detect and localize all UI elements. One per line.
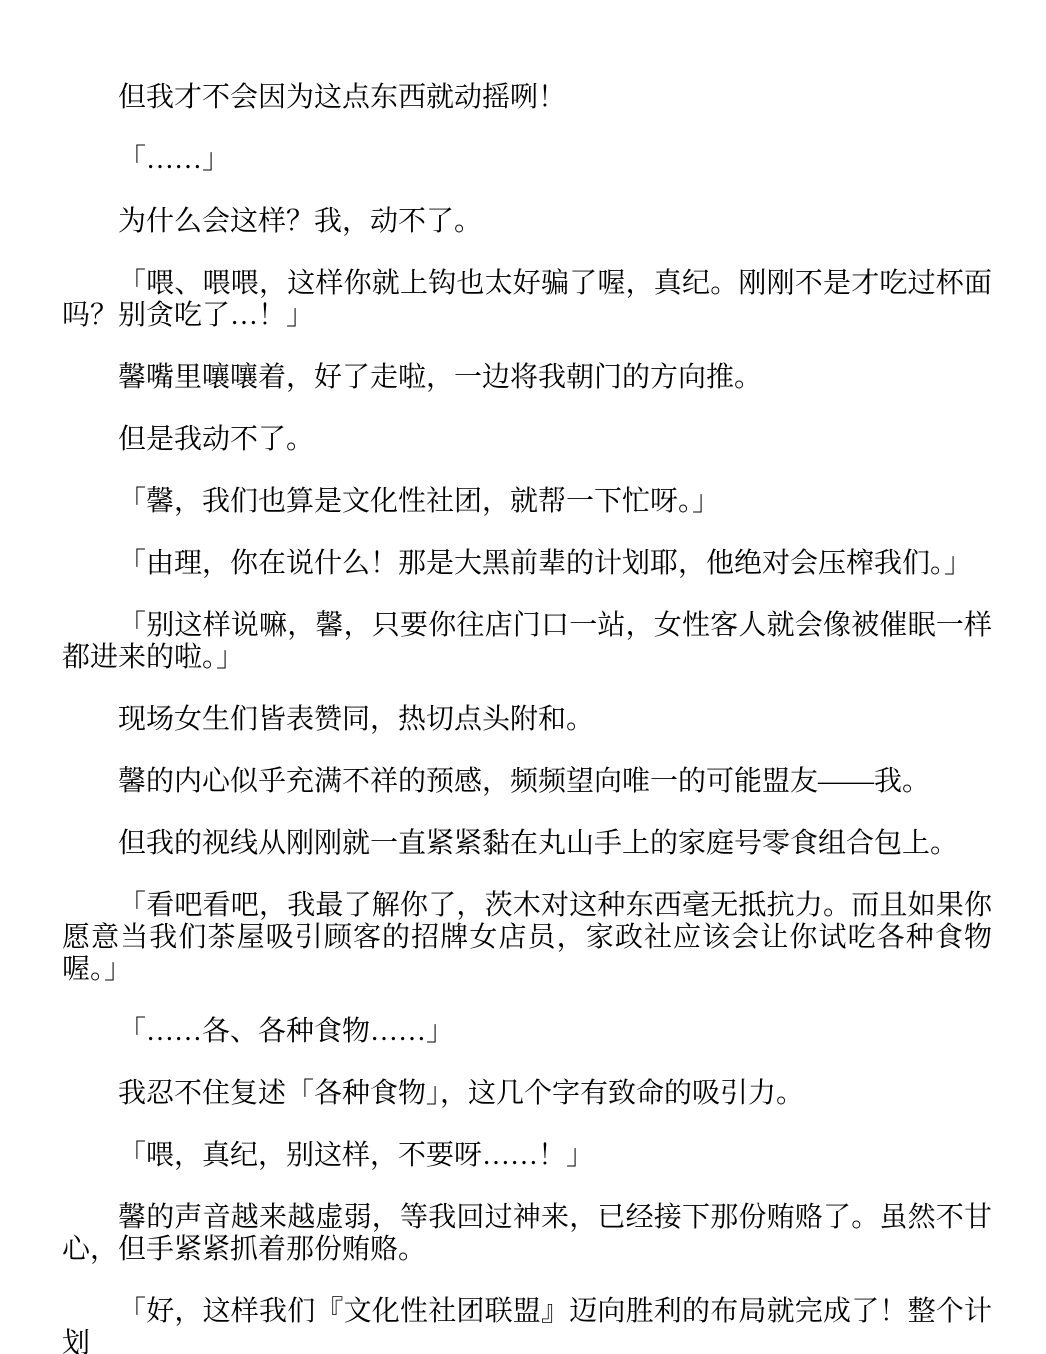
paragraph: 但我才不会因为这点东西就动摇咧！ (62, 82, 992, 114)
paragraph: 「看吧看吧，我最了解你了，茨木对这种东西毫无抵抗力。而且如果你愿意当我们茶屋吸引… (62, 890, 992, 986)
paragraph: 但是我动不了。 (62, 424, 992, 456)
text-body: 但我才不会因为这点东西就动摇咧！ 「……」 为什么会这样？我，动不了。 「喂、喂… (62, 82, 992, 1354)
paragraph: 「由理，你在说什么！那是大黑前辈的计划耶，他绝对会压榨我们。」 (62, 548, 992, 580)
paragraph: 「喂，真纪，别这样，不要呀……！」 (62, 1140, 992, 1172)
novel-page: 但我才不会因为这点东西就动摇咧！ 「……」 为什么会这样？我，动不了。 「喂、喂… (0, 0, 1046, 1354)
paragraph: 馨的声音越来越虚弱，等我回过神来，已经接下那份贿赂了。虽然不甘心，但手紧紧抓着那… (62, 1202, 992, 1266)
paragraph: 但我的视线从刚刚就一直紧紧黏在丸山手上的家庭号零食组合包上。 (62, 828, 992, 860)
paragraph: 现场女生们皆表赞同，热切点头附和。 (62, 704, 992, 736)
paragraph: 「馨，我们也算是文化性社团，就帮一下忙呀。」 (62, 486, 992, 518)
paragraph: 馨的内心似乎充满不祥的预感，频频望向唯一的可能盟友——我。 (62, 766, 992, 798)
paragraph: 我忍不住复述「各种食物」，这几个字有致命的吸引力。 (62, 1078, 992, 1110)
paragraph: 「好，这样我们『文化性社团联盟』迈向胜利的布局就完成了！整个计划 (62, 1296, 992, 1354)
paragraph: 「别这样说嘛，馨，只要你往店门口一站，女性客人就会像被催眠一样都进来的啦。」 (62, 610, 992, 674)
paragraph: 「……各、各种食物……」 (62, 1016, 992, 1048)
paragraph: 馨嘴里嚷嚷着，好了走啦，一边将我朝门的方向推。 (62, 362, 992, 394)
paragraph: 「……」 (62, 144, 992, 176)
paragraph: 为什么会这样？我，动不了。 (62, 206, 992, 238)
paragraph: 「喂、喂喂，这样你就上钩也太好骗了喔，真纪。刚刚不是才吃过杯面吗？别贪吃了…！」 (62, 268, 992, 332)
